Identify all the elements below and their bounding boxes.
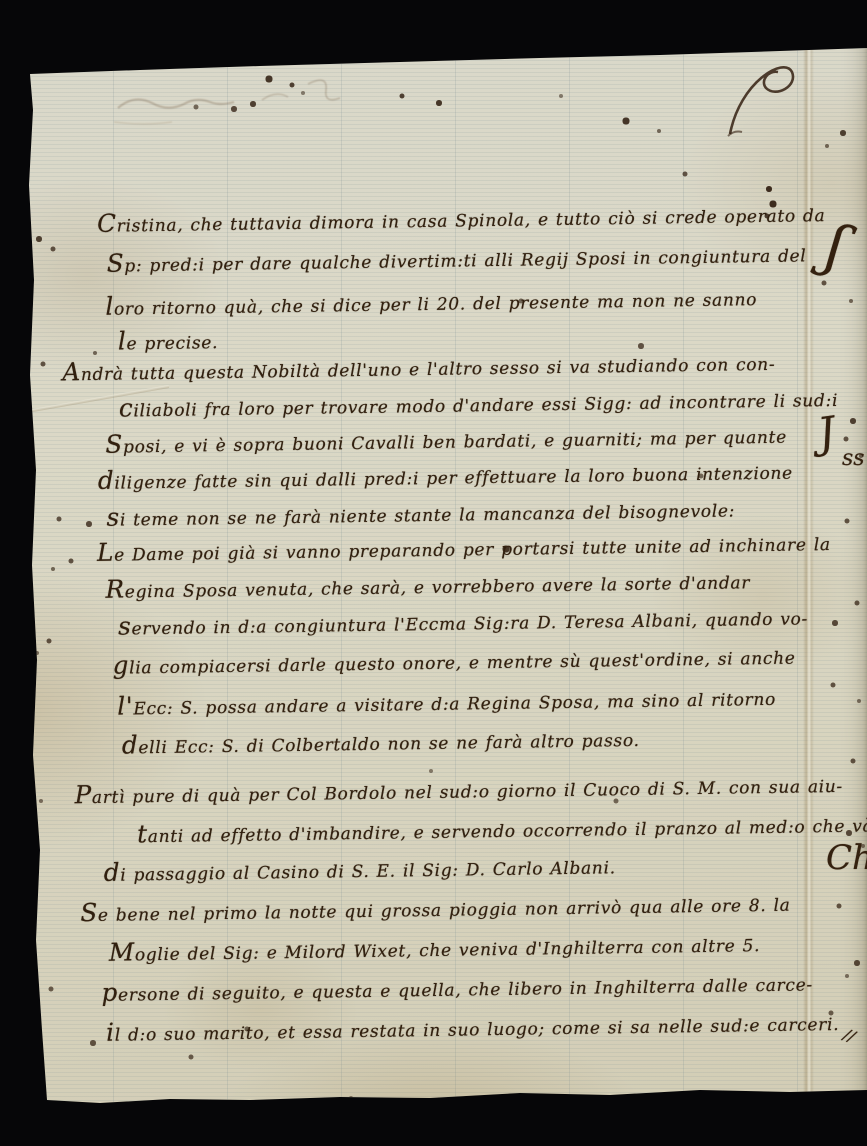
handwriting-line: persone di seguito, e questa e quella, c… — [101, 970, 813, 1005]
handwriting-line: Cristina, che tuttavia dimora in casa Sp… — [97, 201, 826, 236]
handwriting-line: loro ritorno quà, che si dice per li 20.… — [105, 285, 757, 319]
handwriting-line: Sp: pred:i per dare qualche divertim:ti … — [107, 241, 807, 276]
handwriting-line: Partì pure di quà per Col Bordolo nel su… — [74, 772, 843, 808]
handwriting-line: Moglie del Sig: e Milord Wixet, che veni… — [109, 931, 761, 965]
handwriting-layer: Cristina, che tuttavia dimora in casa Sp… — [0, 0, 867, 1146]
handwriting-line: tanti ad effetto d'imbandire, e servendo… — [137, 811, 867, 847]
manuscript-page: Cristina, che tuttavia dimora in casa Sp… — [0, 0, 867, 1146]
adjacent-page-ink-fragment: ss — [842, 446, 865, 471]
manuscript-scan: Cristina, che tuttavia dimora in casa Sp… — [0, 0, 867, 1146]
handwriting-line: Se bene nel primo la notte qui grossa pi… — [80, 891, 791, 926]
ink-speck-field — [0, 0, 2, 2]
handwriting-line: le precise. — [118, 328, 219, 354]
handwriting-line: Andrà tutta questa Nobiltà dell'uno e l'… — [62, 350, 775, 385]
handwriting-line: diligenze fatte sin qui dalli pred:i per… — [98, 459, 793, 494]
handwriting-line: l'Ecc: S. possa andare a visitare d:a Re… — [117, 685, 776, 719]
handwriting-line: servendo in d:a congiuntura l'Eccma Sig:… — [118, 604, 808, 639]
handwriting-line: di passaggio al Casino di S. E. il Sig: … — [104, 853, 616, 885]
adjacent-page-ink-fragment: Ch — [826, 838, 867, 878]
handwriting-line: ciliaboli fra loro per trovare modo d'an… — [119, 386, 839, 421]
handwriting-line: glia compiacersi darle questo onore, e m… — [113, 644, 796, 679]
handwriting-line: il d:o suo marito, et essa restata in su… — [106, 1010, 839, 1046]
handwriting-line: Le Dame poi già si vanno preparando per … — [97, 530, 831, 566]
handwriting-line: delli Ecc: S. di Colbertaldo non se ne f… — [122, 726, 640, 758]
handwriting-line: Regina Sposa venuta, che sarà, e vorrebb… — [105, 568, 750, 602]
handwriting-line: si teme non se ne farà niente stante la … — [106, 496, 735, 530]
handwriting-line: Sposi, e vi è sopra buoni Cavalli ben ba… — [105, 423, 787, 458]
